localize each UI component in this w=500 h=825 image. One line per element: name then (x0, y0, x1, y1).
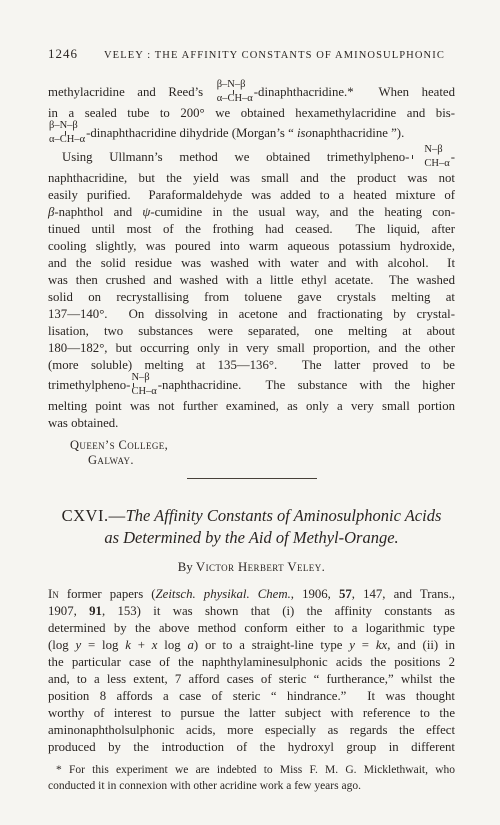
signature-city: Galway. (88, 453, 455, 468)
text-line: In former papers (Zeitsch. physikal. Che… (48, 586, 455, 603)
text-line: position 8 affords a case of steric “ hi… (48, 688, 455, 705)
text-line: solid on recrystallising from toluene ga… (48, 289, 455, 306)
text-line: trimethylpheno-N–βCH–α-naphthacridine. T… (48, 374, 455, 398)
text-line: produced by the introduction of the hydr… (48, 739, 455, 756)
text-line: 180—182°, but occurring only in very sma… (48, 340, 455, 357)
byline: By Victor Herbert Veley. (48, 560, 455, 575)
footnote: * For this experiment we are indebted to… (48, 763, 455, 794)
article-title-text2: as Determined by the Aid of Methyl-Orang… (48, 527, 455, 549)
running-title: VELEY : THE AFFINITY CONSTANTS OF AMINOS… (104, 50, 445, 61)
journal-page: 1246 VELEY : THE AFFINITY CONSTANTS OF A… (0, 0, 500, 825)
text-line: conducted it in connexion with other acr… (48, 779, 455, 795)
text-line: 137—140°. On dissolving in acetone and f… (48, 306, 455, 323)
page-header: 1246 VELEY : THE AFFINITY CONSTANTS OF A… (48, 46, 455, 62)
text-line: determined by the above method conform e… (48, 620, 455, 637)
text-line: and the solid residue was washed with wa… (48, 255, 455, 272)
signature-college: Queen’s College, (70, 438, 455, 453)
text-line: β–N–βα–CH–α-dinaphthacridine dihydride (… (48, 122, 455, 146)
text-line: tinued until most of the frothing had ce… (48, 221, 455, 238)
article-title-line1: CXVI.—The Affinity Constants of Aminosul… (48, 505, 455, 527)
text-line: was then crushed and washed with a littl… (48, 272, 455, 289)
text-line: worthy of interest to pursue the latter … (48, 705, 455, 722)
chemical-formula: N–βCH–α (131, 373, 156, 397)
text-line: easily purified. Paraformaldehyde was ad… (48, 187, 455, 204)
article-title: CXVI.—The Affinity Constants of Aminosul… (48, 505, 455, 549)
article-number: CXVI.— (62, 506, 126, 525)
text-line: aminonaphtholsulphonic acids, more espec… (48, 722, 455, 739)
text-line: lisation, two substances were separated,… (48, 323, 455, 340)
page-number: 1246 (48, 46, 78, 62)
text-line: and, to a less extent, 7 afford cases of… (48, 671, 455, 688)
author-name: Victor Herbert Veley. (196, 560, 325, 574)
text-line: Using Ullmann’s method we obtained trime… (48, 146, 455, 170)
chemical-formula: β–N–βα–CH–α (217, 80, 253, 104)
text-line: melting point was not further examined, … (48, 398, 455, 415)
text-line: in a sealed tube to 200° we obtained hex… (48, 105, 455, 122)
text-line: 1907, 91, 153) it was shown that (i) the… (48, 603, 455, 620)
text-line: β-naphthol and ψ-cumidine in the usual w… (48, 204, 455, 221)
section-divider-rule (187, 478, 317, 479)
text-line: methylacridine and Reed’s β–N–βα–CH–α-di… (48, 81, 455, 105)
chemical-formula: β–N–βα–CH–α (49, 121, 85, 145)
text-line: (log y = log k + x log a) or to a straig… (48, 637, 455, 654)
byline-prefix: By (178, 560, 196, 574)
text-line: cooling slightly, was poured into warm a… (48, 238, 455, 255)
text-line: naphthacridine, but the yield was small … (48, 170, 455, 187)
text-line: the particular case of the naphthylamine… (48, 654, 455, 671)
signature-block: Queen’s College, Galway. (48, 438, 455, 468)
text-line: was obtained. (48, 415, 455, 432)
text-line: (more soluble) melting at 135—136°. The … (48, 357, 455, 374)
text-line: * For this experiment we are indebted to… (48, 763, 455, 779)
article-continuation-body: methylacridine and Reed’s β–N–βα–CH–α-di… (48, 81, 455, 432)
chemical-formula: N–βCH–α (410, 145, 449, 169)
new-article-body: In former papers (Zeitsch. physikal. Che… (48, 586, 455, 756)
article-title-text1: The Affinity Constants of Aminosulphonic… (126, 506, 442, 525)
